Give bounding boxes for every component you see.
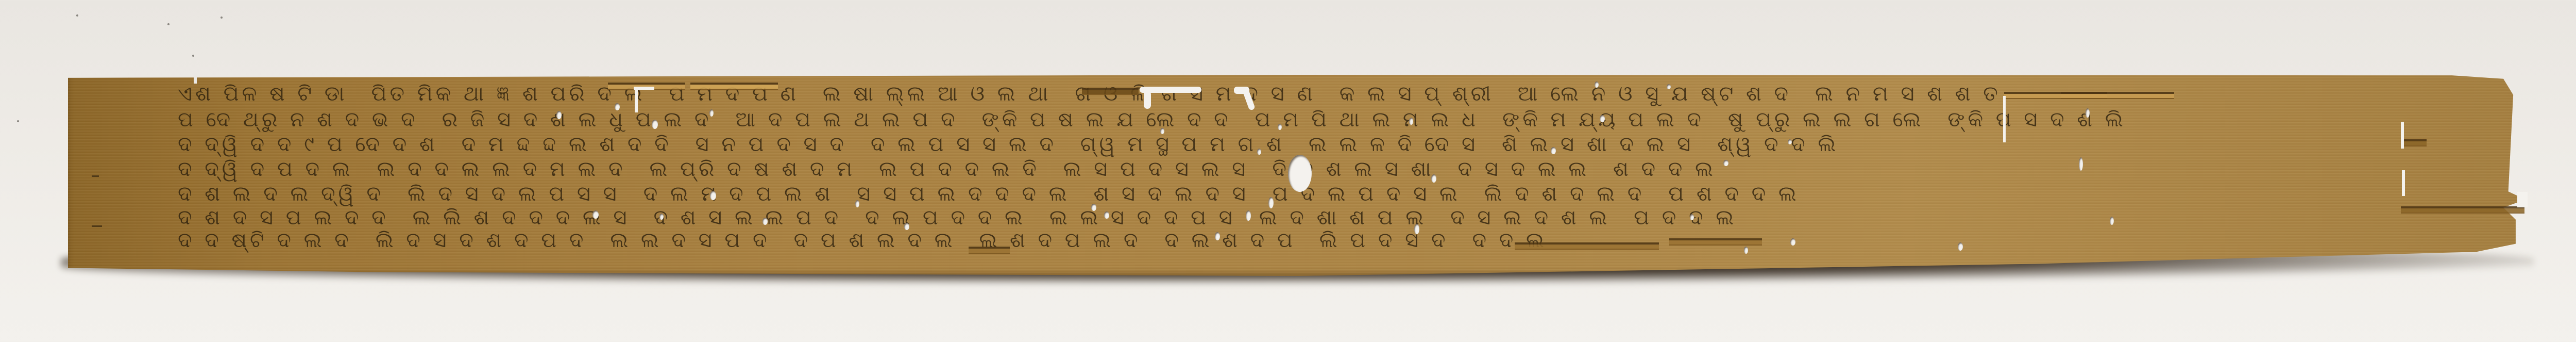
backdrop-speck <box>167 23 170 25</box>
wormhole <box>1744 247 1748 254</box>
wormhole <box>904 223 909 230</box>
text-segment: ଦ ଲ ପ ଦ ଦ ଲ <box>865 206 1026 230</box>
wormhole <box>1257 149 1261 155</box>
text-segment: ଦ ଲ ଶ ଦ ପ <box>1164 229 1295 252</box>
wormhole <box>1723 160 1728 166</box>
text-segment: ଲ ଦ ଦ ଲ ଲ ଦ ମ ଲ ଦ <box>377 157 626 181</box>
tear <box>1144 91 1151 109</box>
text-segment: ଦ ଦ ଷ୍ଟି ଦ ଲ ଦ <box>178 229 352 252</box>
text-segment: ଲି ଦ ଶ ଦ ଲ ଦ <box>1484 182 1645 206</box>
wormhole <box>652 120 658 129</box>
backdrop-speck <box>221 17 223 19</box>
wormhole <box>1690 214 1694 220</box>
text-segment: ଲ ନ ମ ସ ଶ ଶ ତ <box>1815 82 2001 106</box>
text-segment: ଲି ଦ ସ ଦ ଶ ଦ ପ ଦ <box>376 229 587 252</box>
text-segment: ଶ ସ ଦ ଲ ଦ ସ <box>1094 182 1249 206</box>
text-segment: ଲ ଲ ସ ଦ ଦ ପ ସ <box>1049 206 1235 230</box>
wormhole <box>556 111 562 119</box>
wormhole <box>615 103 620 110</box>
text-segment: ଶ ଦ ଦ ଲ <box>1613 157 1716 181</box>
text-segment: ପ ଶ ଦ ଦ ଲ <box>1668 182 1799 206</box>
wormhole <box>710 191 716 200</box>
insect-damage-track <box>969 247 1010 254</box>
text-segment: ସ ନ ପ ଦ ସ ଦ <box>696 133 847 156</box>
text-segment: କ ଲ ସ ପ୍ ଶ୍ରୀ <box>1340 82 1494 106</box>
wormhole <box>762 218 768 225</box>
text-segment: ଦ ଲ ମ ଦ ପ ଲ ଶ <box>643 182 834 206</box>
text-segment: ଆ ଲେ ନ ଓ ସୁ ଯ ଷ୍ଟ ଶ ଦ <box>1518 82 1791 106</box>
backdrop-speck <box>76 14 78 17</box>
tear <box>2402 170 2405 196</box>
text-segment: ସ ସ ପ ଲ ଦ ଦ ଦ ଲ <box>857 182 1070 206</box>
backdrop-speck <box>192 55 194 57</box>
insect-damage-track <box>1669 238 1762 246</box>
text-segment: ପ ମ ପି ଥା ଲ ମ ଲ ଧ <box>1255 108 1479 132</box>
tear <box>2401 122 2404 149</box>
wormhole <box>1431 174 1436 183</box>
text-segment: ଲ ପ୍ରି ଦ ଷ ଶ ଦ ମ <box>650 157 856 181</box>
wormhole <box>1246 210 1251 221</box>
tear <box>2517 192 2528 207</box>
insect-damage-track <box>2401 139 2427 146</box>
wormhole <box>1414 224 1419 234</box>
text-segment: ଲ ସ ପ ଦ ସ ଲ ସ <box>1063 157 1249 181</box>
text-segment: ଲ ଷା ଲ୍ଲ ଆ ଓ ଲ ଥା <box>823 82 1051 106</box>
script-line-4: ଦ ଦ୍ୱି ଦ ପ ଦ ଲ ଲ ଦ ଦ ଲ ଲ ଦ ମ ଲ ଦ ଲ ପ୍ରି … <box>178 158 2508 181</box>
text-segment: ଦ ଶ ଦ ସ ପ ଲ ଦ ଦ <box>178 206 389 230</box>
wormhole <box>2079 157 2083 171</box>
wormhole <box>1278 124 1282 130</box>
text-segment: ଗ୍ୱ ମ ସ୍ଥ ପ ମ ଗ ଶ <box>1080 133 1285 156</box>
text-segment: ଲି ଦ ସ ଦ ଲ ପ ସ ସ <box>408 182 620 206</box>
wormhole <box>1790 238 1795 246</box>
wormhole <box>659 214 664 220</box>
insect-damage-track <box>690 83 778 90</box>
text-segment: ଲ ଦ ଶା ଶ ପ ଲ <box>1259 206 1427 230</box>
wormhole <box>1215 232 1220 240</box>
text-segment: ପ ଦେ ଥ୍ରୁ ନ ଶ ଦ ଭ ଦ <box>178 108 418 132</box>
text-segment: ଲ ଲ ଳ ଦି ଦେ ସ <box>1309 133 1478 156</box>
wormhole <box>1160 128 1164 134</box>
text-segment: ଲି ପ ଦ ସ ଦ <box>1319 229 1449 252</box>
text-segment: ଶି ଲ ସ ଶା ଦ ଲ ସ <box>1502 133 1693 156</box>
tear <box>2003 96 2006 142</box>
text-segment: ଲ ଲ ଦ ସ ପ ଦ <box>610 229 770 252</box>
wormhole <box>1667 84 1671 89</box>
insect-damage-track <box>1082 88 1139 95</box>
text-segment: ଙ୍କି ପ ସ ଦ ଶ ଲି <box>1947 108 2126 132</box>
wormhole <box>1409 118 1413 125</box>
insect-damage-track <box>2401 206 2524 214</box>
text-segment: ର ଜି ସ ଦ ଶ ଲ ଧୁ ପ ଲ ଦ <box>442 108 712 132</box>
text-segment: ଦ ସ ଦ ଲ ଲ <box>1458 157 1589 181</box>
insect-damage-track <box>1515 242 1659 250</box>
wormhole <box>1091 204 1096 211</box>
wormhole <box>1788 139 1792 144</box>
margin-mark <box>92 175 99 177</box>
script-line-6: ଦ ଶ ଦ ସ ପ ଲ ଦ ଦ ଲ ଲି ଶ ଦ ଦ ଦ ଲ ସ ଦ ଶ ସ ଲ… <box>178 206 2508 229</box>
text-segment: ଦ ସ ଲ ଦ ଶ ଲ <box>1450 206 1610 230</box>
margin-mark <box>92 225 102 227</box>
wormhole <box>1104 211 1109 219</box>
text-segment: ଦ ମ ଦ୍ଦ ଦ୍ଦ ଲ ଶ ଦ ଦି <box>462 133 672 156</box>
text-segment: ଦ ଶ ସ ଲ ଲ ପ ଦ <box>653 206 841 230</box>
insect-damage-track <box>2061 92 2174 99</box>
text-segment: ଏଶ ପିଳ ଷ ଟି ଡା <box>178 82 348 106</box>
script-line-7: ଦ ଦ ଷ୍ଟି ଦ ଲ ଦ ଲି ଦ ସ ଦ ଶ ଦ ପ ଦ ଲ ଲ ଦ ସ … <box>178 229 2508 252</box>
script-line-5: ଦ ଶ ଲ ଦ ଲ ଦ୍ୱି ଦ ଲି ଦ ସ ଦ ଲ ପ ସ ସ ଦ ଲ ମ … <box>178 183 2508 205</box>
wormhole <box>855 200 859 207</box>
wormhole <box>1595 82 1599 88</box>
text-segment: ଦ ଦ୍ୱି ଦ ପ ଦ ଲ <box>178 157 353 181</box>
text-segment: ଦ ଶ ଲ ଦ ଲ ଦ୍ୱି ଦ <box>178 182 384 206</box>
text-segment: ଆ ଦ ପ ଲ ଥ ଲ ପ ଦ <box>735 108 958 132</box>
wormhole <box>709 109 714 117</box>
text-segment: ଙ୍କି ପ ଷ ଲ ଯ ଲେ ଦ ଦ <box>982 108 1231 132</box>
tear <box>635 87 638 112</box>
text-segment: ଦ ପ ଶ ଲ ଦ ଲ <box>794 229 956 252</box>
text-segment: ଲ ପ ଦ ଦ ଲ ଦି <box>879 157 1040 181</box>
text-segment: ଦ ଲ ପ ସ ସ ଲ ଦ <box>871 133 1057 156</box>
wormhole <box>1600 115 1605 122</box>
text-segment: ଦ ଦ୍ୱି ଦ ଦ ୯ ପ ଦେ ଦ ଶ <box>178 133 438 156</box>
text-segment: ଷୁ ପ୍ରୁ ଲ ଲ ଗ ଲେ <box>1728 108 1924 132</box>
text-segment: ପିତ ମିକ ଥା ଜ୍ଞ ଶ ପରି ଦ ଲ <box>371 82 646 106</box>
text-segment: ଶ୍ୱ ଦ ଦ ଲି <box>1717 133 1839 156</box>
script-line-3: ଦ ଦ୍ୱି ଦ ଦ ୯ ପ ଦେ ଦ ଶ ଦ ମ ଦ୍ଦ ଦ୍ଦ ଲ ଶ ଦ … <box>178 133 2508 156</box>
backdrop-speck <box>17 120 19 122</box>
wormhole <box>2086 108 2090 118</box>
wormhole <box>592 210 599 219</box>
wormhole <box>2110 217 2114 225</box>
wormhole <box>1958 242 1963 251</box>
string-hole <box>1288 155 1312 192</box>
wormhole <box>1551 147 1556 154</box>
text-segment: ପ ଦ ଦ ଲ <box>1634 206 1737 230</box>
wormhole <box>1268 197 1274 208</box>
script-line-2: ପ ଦେ ଥ୍ରୁ ନ ଶ ଦ ଭ ଦ ର ଜି ସ ଦ ଶ ଲ ଧୁ ପ ଲ … <box>178 108 2508 131</box>
